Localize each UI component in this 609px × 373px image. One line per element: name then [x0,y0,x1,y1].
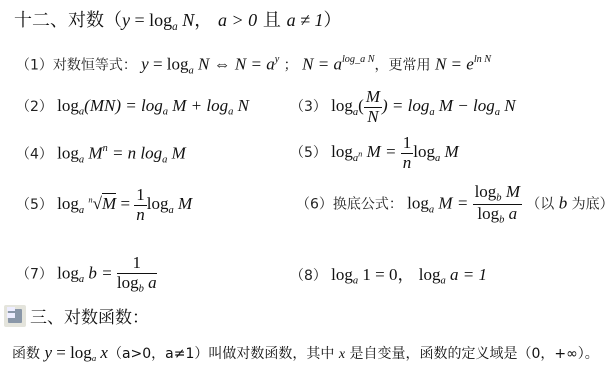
formula-reciprocal: （7） loga b = 1logb a [16,254,157,295]
section-heading-log-function: 三、对数函数： [4,303,149,328]
section-heading-logarithm: 十二、对数（y = loga N， a > 0 且 a ≠ 1） [14,6,341,33]
formula-product-rule: （2） loga(MN) = loga M + loga N [16,96,249,118]
log-function-definition: 函数 y = loga x（a>0，a≠1）叫做对数函数，其中 x 是自变量，函… [12,343,599,363]
formula-root-rule: （5） loga n√M = 1nloga M [16,186,192,224]
formula-identity: （1）对数恒等式： y = loga N ⇔ N = ay ； N = alog… [16,54,491,76]
item-label: （1）对数恒等式： [16,58,137,74]
fraction: 1logb a [117,254,157,295]
fraction: 1n [134,186,147,224]
heading-text: 十二、对数（ [14,10,122,31]
formula-special-values: （8） loga 1 = 0， loga a = 1 [290,260,487,287]
formula-change-of-base: （6）换底公式： loga M = logb Mlogb a （以 b 为底） [296,183,609,227]
formula-quotient-rule: （3） loga(MN) = loga M − loga N [290,88,516,126]
fraction: MN [364,88,382,126]
fraction: 1n [401,134,414,172]
fraction: logb Mlogb a [473,183,522,227]
save-disk-icon[interactable] [4,305,26,327]
formula-base-power-rule: （5） logan M = 1nloga M [290,134,459,172]
formula-power-rule: （4） loga Mn = n loga M [16,143,186,165]
